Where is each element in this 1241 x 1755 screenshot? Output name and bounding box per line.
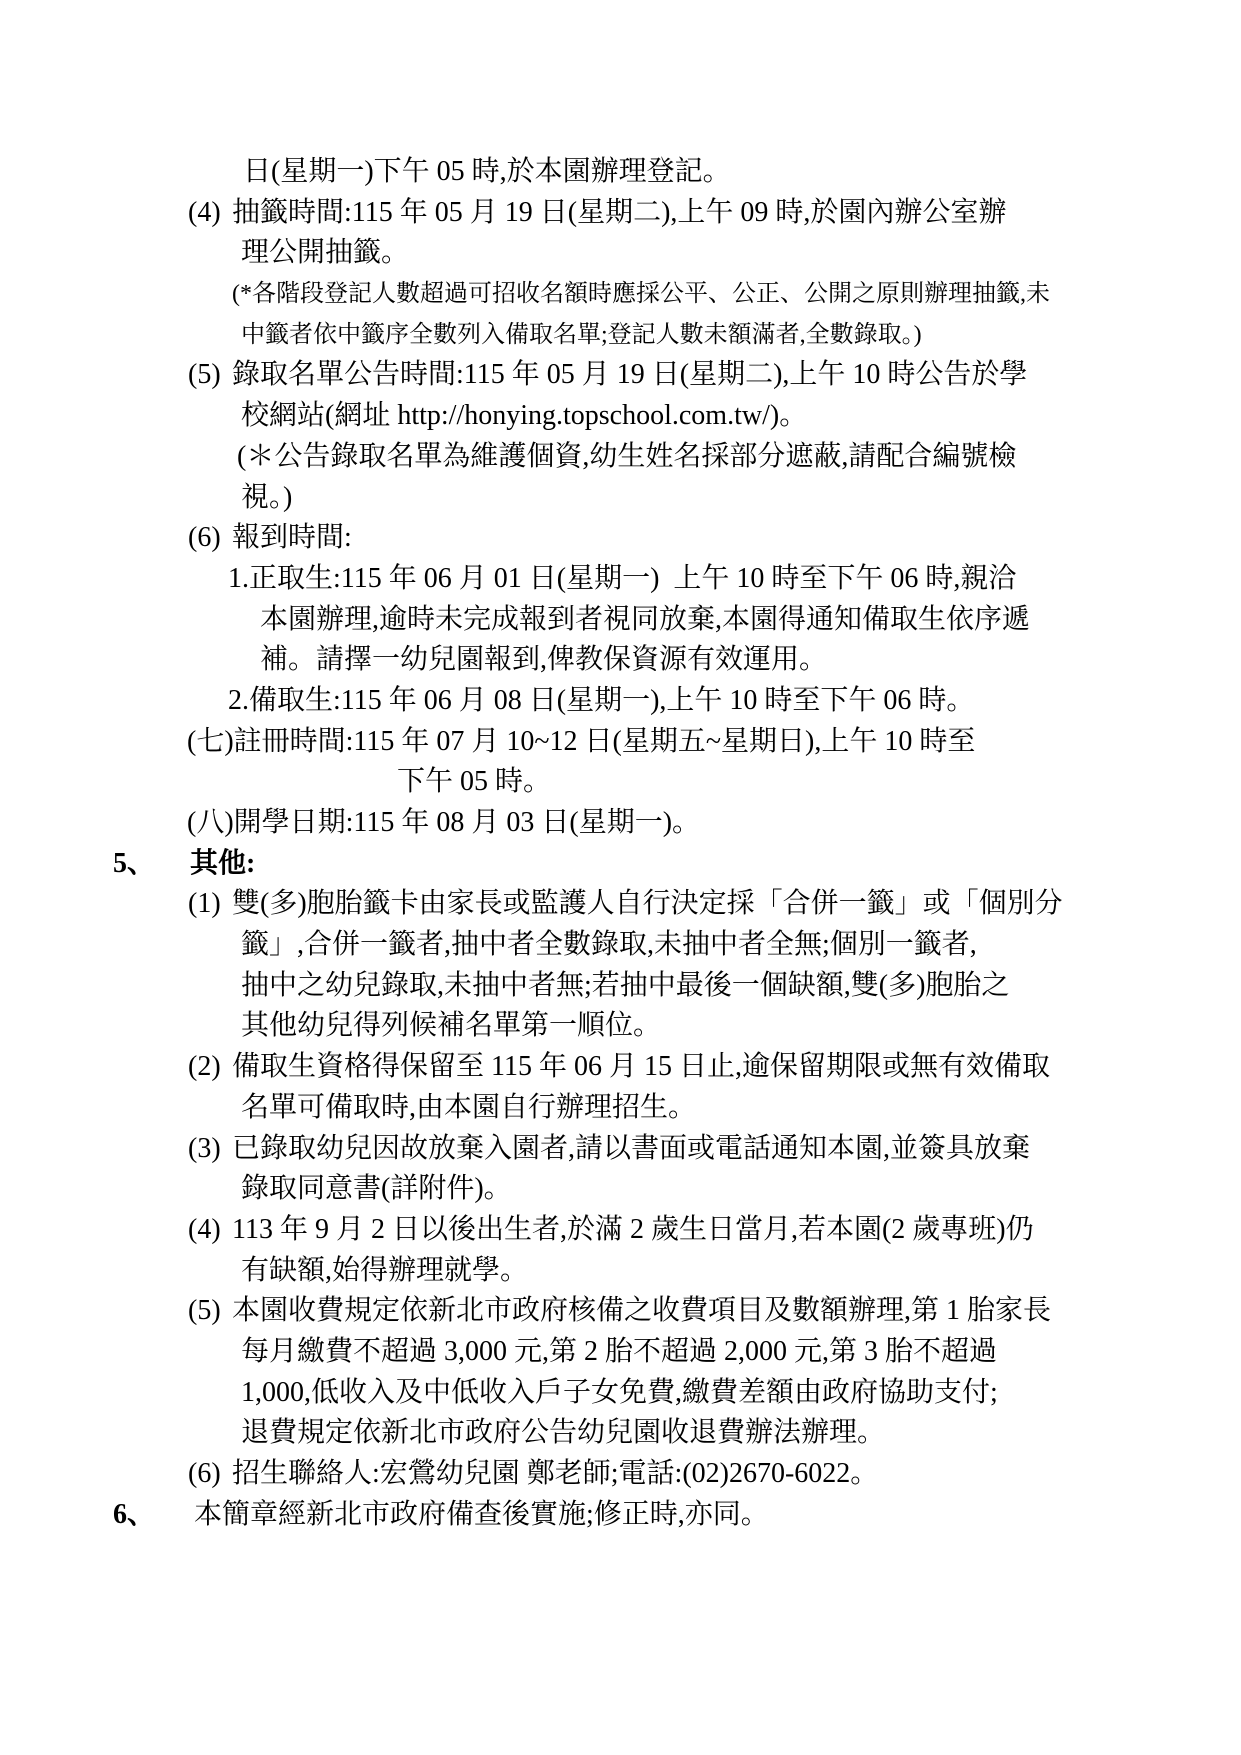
line-text: (*各階段登記人數超過可招收名額時應採公平、公正、公開之原則辦理抽籤,未 <box>232 281 1050 307</box>
line-text: 退費規定依新北市政府公告幼兒園收退費辦法辦理。 <box>241 1417 885 1448</box>
document-line: (2)備取生資格得保留至 115 年 06 月 15 日止,逾保留期限或無有效備… <box>0 1047 1241 1088</box>
document-line: 其他幼兒得列候補名單第一順位。 <box>0 1006 1241 1047</box>
line-text: 雙(多)胞胎籤卡由家長或監護人自行決定採「合併一籤」或「個別分 <box>232 888 1063 919</box>
document-line: 抽中之幼兒錄取,未抽中者無;若抽中最後一個缺額,雙(多)胞胎之 <box>0 966 1241 1007</box>
document-line: 補。請擇一幼兒園報到,俾教保資源有效運用。 <box>0 640 1241 681</box>
document-line: (6)報到時間: <box>0 518 1241 559</box>
list-item-label: (5) <box>188 1291 221 1332</box>
document-line: (4)113 年 9 月 2 日以後出生者,於滿 2 歲生日當月,若本園(2 歲… <box>0 1210 1241 1251</box>
document-line: 校網站(網址 http://honying.topschool.com.tw/)… <box>0 396 1241 437</box>
document-line: (5)本園收費規定依新北市政府核備之收費項目及數額辦理,第 1 胎家長 <box>0 1291 1241 1332</box>
line-text: 日(星期一)下午 05 時,於本園辦理登記。 <box>243 156 731 187</box>
line-text: 報到時間: <box>232 522 352 553</box>
document-line: 錄取同意書(詳附件)。 <box>0 1169 1241 1210</box>
line-text: 113 年 9 月 2 日以後出生者,於滿 2 歲生日當月,若本園(2 歲專班)… <box>232 1214 1034 1245</box>
document-line: 2.備取生:115 年 06 月 08 日(星期一),上午 10 時至下午 06… <box>0 681 1241 722</box>
line-text: 籤」,合併一籤者,抽中者全數錄取,未抽中者全無;個別一籤者, <box>241 929 977 960</box>
line-text: (七)註冊時間:115 年 07 月 10~12 日(星期五~星期日),上午 1… <box>187 726 975 757</box>
document-line: 理公開抽籤。 <box>0 233 1241 274</box>
list-item-label: (1) <box>188 884 221 925</box>
line-text: 其他: <box>190 848 255 879</box>
document-line: 1.正取生:115 年 06 月 01 日(星期一) 上午 10 時至下午 06… <box>0 559 1241 600</box>
document-page: 日(星期一)下午 05 時,於本園辦理登記。(4)抽籤時間:115 年 05 月… <box>0 0 1241 1755</box>
line-text: 校網站(網址 http://honying.topschool.com.tw/)… <box>241 400 807 431</box>
document-line: 1,000,低收入及中低收入戶子女免費,繳費差額由政府協助支付; <box>0 1373 1241 1414</box>
document-line: 視。) <box>0 478 1241 519</box>
line-text: 本園收費規定依新北市政府核備之收費項目及數額辦理,第 1 胎家長 <box>232 1295 1051 1326</box>
document-line: (＊公告錄取名單為維護個資,幼生姓名採部分遮蔽,請配合編號檢 <box>0 437 1241 478</box>
document-line: (1)雙(多)胞胎籤卡由家長或監護人自行決定採「合併一籤」或「個別分 <box>0 884 1241 925</box>
line-text: 備取生資格得保留至 115 年 06 月 15 日止,逾保留期限或無有效備取 <box>232 1051 1050 1082</box>
document-line: (八)開學日期:115 年 08 月 03 日(星期一)。 <box>0 803 1241 844</box>
document-content: 日(星期一)下午 05 時,於本園辦理登記。(4)抽籤時間:115 年 05 月… <box>0 152 1241 1535</box>
list-item-label: (6) <box>188 1454 221 1495</box>
line-text: 下午 05 時。 <box>397 766 551 797</box>
document-line: (*各階段登記人數超過可招收名額時應採公平、公正、公開之原則辦理抽籤,未 <box>0 274 1241 315</box>
line-text: 已錄取幼兒因故放棄入園者,請以書面或電話通知本園,並簽具放棄 <box>232 1133 1030 1164</box>
document-line: 每月繳費不超過 3,000 元,第 2 胎不超過 2,000 元,第 3 胎不超… <box>0 1332 1241 1373</box>
document-line: 本園辦理,逾時未完成報到者視同放棄,本園得通知備取生依序遞 <box>0 600 1241 641</box>
list-item-label: (4) <box>188 1210 221 1251</box>
line-text: 抽籤時間:115 年 05 月 19 日(星期二),上午 09 時,於園內辦公室… <box>232 197 1006 228</box>
document-line: (3)已錄取幼兒因故放棄入園者,請以書面或電話通知本園,並簽具放棄 <box>0 1129 1241 1170</box>
line-text: 有缺額,始得辦理就學。 <box>241 1255 528 1286</box>
document-line: 日(星期一)下午 05 時,於本園辦理登記。 <box>0 152 1241 193</box>
document-line: (七)註冊時間:115 年 07 月 10~12 日(星期五~星期日),上午 1… <box>0 722 1241 763</box>
document-line: 有缺額,始得辦理就學。 <box>0 1251 1241 1292</box>
document-line: 6、本簡章經新北市政府備查後實施;修正時,亦同。 <box>0 1495 1241 1536</box>
document-line: 名單可備取時,由本園自行辦理招生。 <box>0 1088 1241 1129</box>
list-item-label: (6) <box>188 518 221 559</box>
document-line: (6)招生聯絡人:宏鶯幼兒園 鄭老師;電話:(02)2670-6022。 <box>0 1454 1241 1495</box>
document-line: 5、其他: <box>0 844 1241 885</box>
line-text: 1.正取生:115 年 06 月 01 日(星期一) 上午 10 時至下午 06… <box>228 563 1016 594</box>
line-text: 補。請擇一幼兒園報到,俾教保資源有效運用。 <box>260 644 827 675</box>
document-line: 下午 05 時。 <box>0 762 1241 803</box>
list-item-label: (5) <box>188 355 221 396</box>
line-text: 每月繳費不超過 3,000 元,第 2 胎不超過 2,000 元,第 3 胎不超… <box>241 1336 997 1367</box>
line-text: 理公開抽籤。 <box>241 237 409 268</box>
line-text: (＊公告錄取名單為維護個資,幼生姓名採部分遮蔽,請配合編號檢 <box>237 441 1016 472</box>
line-text: 2.備取生:115 年 06 月 08 日(星期一),上午 10 時至下午 06… <box>228 685 974 716</box>
document-line: (4)抽籤時間:115 年 05 月 19 日(星期二),上午 09 時,於園內… <box>0 193 1241 234</box>
list-item-label: (2) <box>188 1047 221 1088</box>
line-text: 其他幼兒得列候補名單第一順位。 <box>241 1010 661 1041</box>
document-line: (5)錄取名單公告時間:115 年 05 月 19 日(星期二),上午 10 時… <box>0 355 1241 396</box>
line-text: 本簡章經新北市政府備查後實施;修正時,亦同。 <box>194 1499 769 1530</box>
line-text: 錄取名單公告時間:115 年 05 月 19 日(星期二),上午 10 時公告於… <box>232 359 1027 390</box>
line-text: 抽中之幼兒錄取,未抽中者無;若抽中最後一個缺額,雙(多)胞胎之 <box>241 970 1009 1001</box>
list-item-label: 6、 <box>113 1495 155 1536</box>
line-text: 招生聯絡人:宏鶯幼兒園 鄭老師;電話:(02)2670-6022。 <box>232 1458 878 1489</box>
line-text: 中籤者依中籤序全數列入備取名單;登記人數未額滿者,全數錄取。) <box>241 322 922 348</box>
list-item-label: (3) <box>188 1129 221 1170</box>
line-text: (八)開學日期:115 年 08 月 03 日(星期一)。 <box>187 807 700 838</box>
line-text: 視。) <box>241 482 292 513</box>
document-line: 中籤者依中籤序全數列入備取名單;登記人數未額滿者,全數錄取。) <box>0 315 1241 356</box>
line-text: 名單可備取時,由本園自行辦理招生。 <box>241 1092 696 1123</box>
line-text: 1,000,低收入及中低收入戶子女免費,繳費差額由政府協助支付; <box>241 1377 998 1408</box>
list-item-label: (4) <box>188 193 221 234</box>
document-line: 籤」,合併一籤者,抽中者全數錄取,未抽中者全無;個別一籤者, <box>0 925 1241 966</box>
line-text: 本園辦理,逾時未完成報到者視同放棄,本園得通知備取生依序遞 <box>260 604 1030 635</box>
line-text: 錄取同意書(詳附件)。 <box>241 1173 512 1204</box>
list-item-label: 5、 <box>113 844 155 885</box>
document-line: 退費規定依新北市政府公告幼兒園收退費辦法辦理。 <box>0 1413 1241 1454</box>
